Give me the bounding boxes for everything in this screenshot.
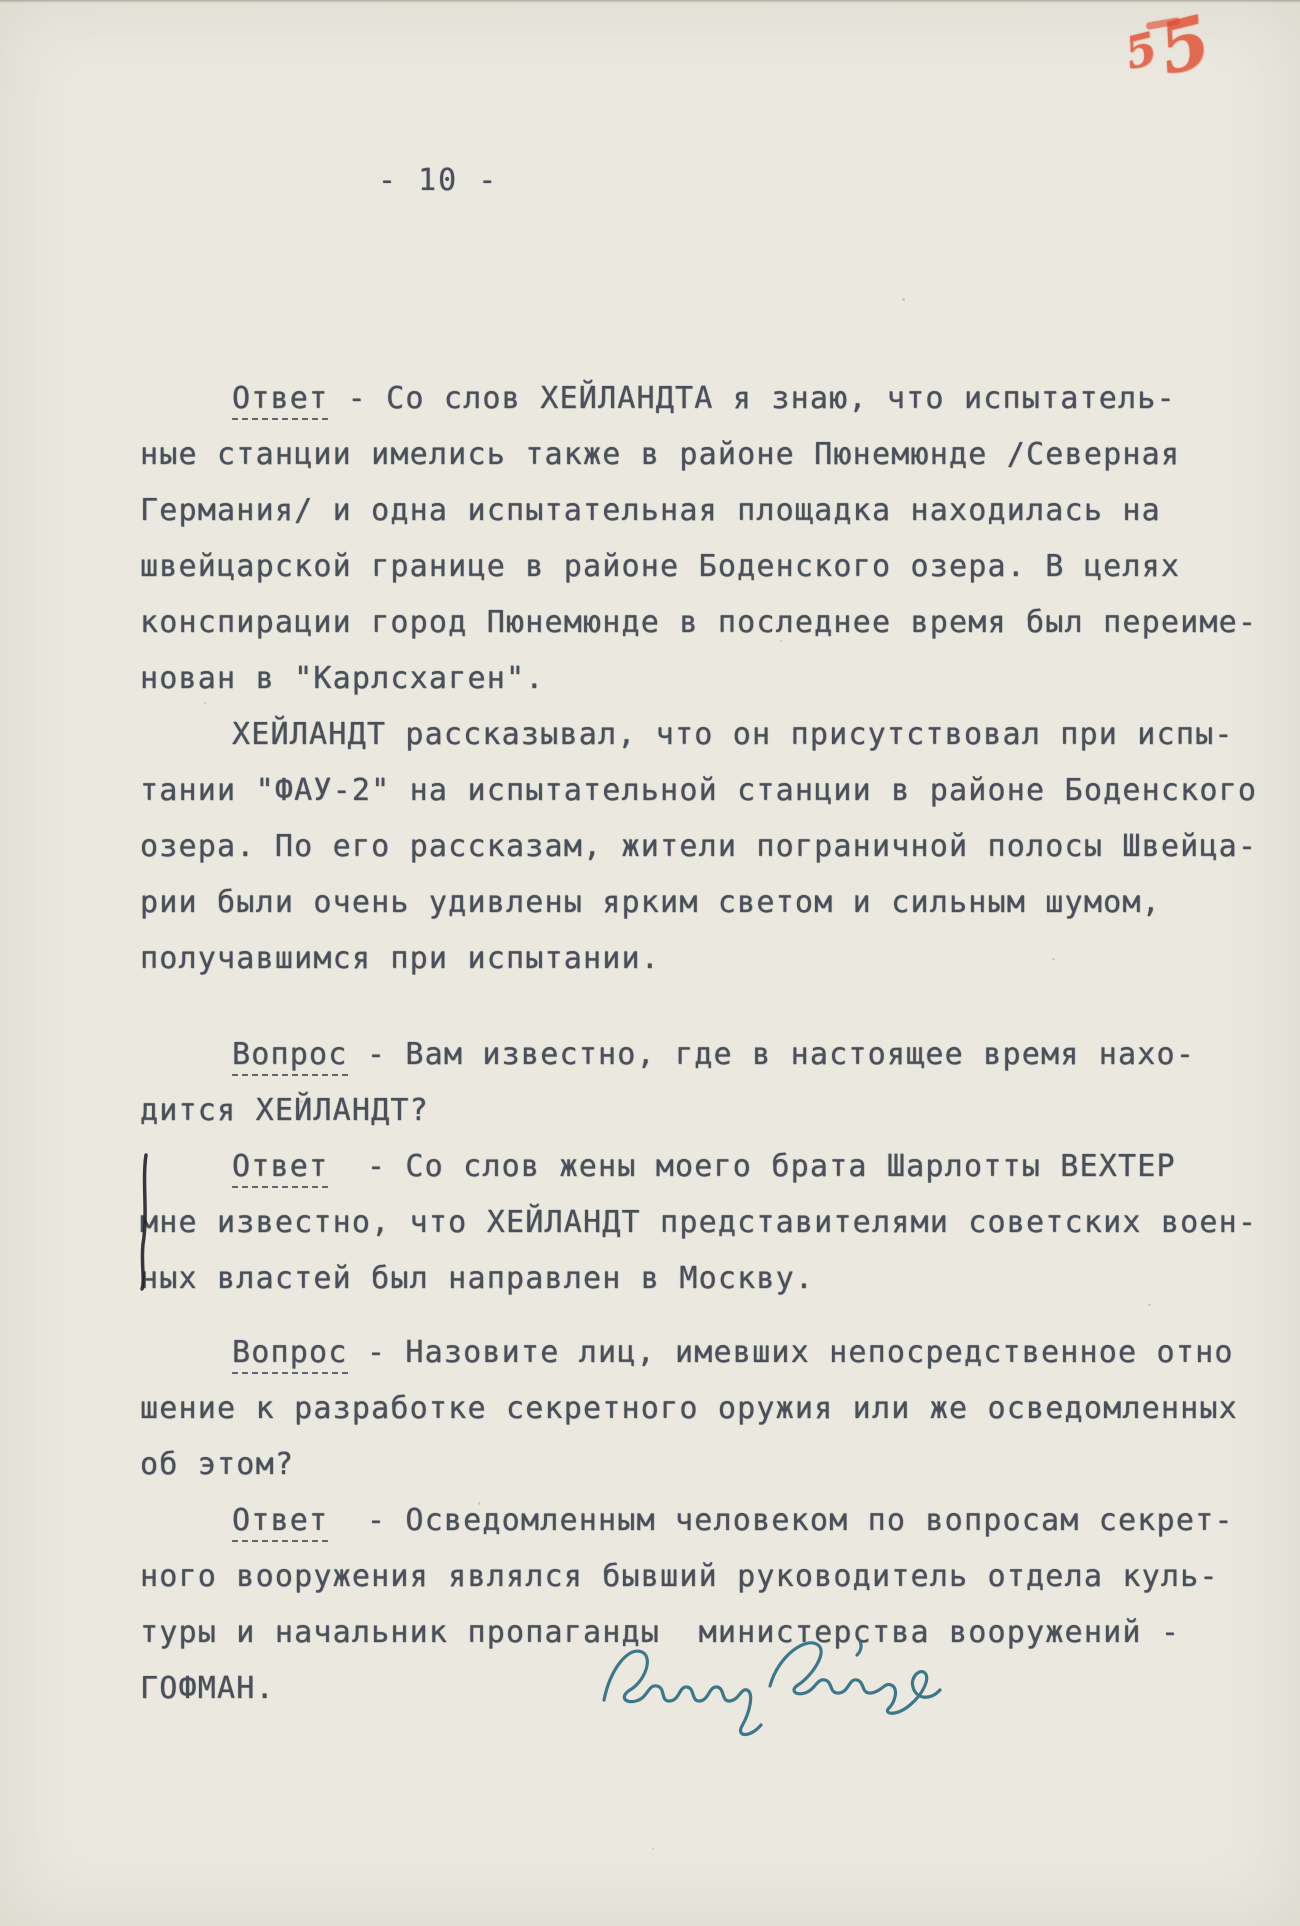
typewritten-line: Германия/ и одна испытательная площадка …	[140, 483, 1295, 539]
scanned-document-page: 55 - 10 - Ответ - Со слов ХЕЙЛАНДТА я зн…	[0, 0, 1300, 1926]
typewritten-line: Вопрос - Назовите лиц, имевших непосредс…	[140, 1325, 1295, 1381]
typewritten-line: дится ХЕЙЛАНДТ?	[140, 1083, 1295, 1139]
paragraph-question: Вопрос - Назовите лиц, имевших непосредс…	[140, 1325, 1295, 1493]
typewritten-line: шение к разработке секретного оружия или…	[140, 1381, 1295, 1437]
typewritten-line: озера. По его рассказам, жители погранич…	[140, 819, 1295, 875]
typewritten-line: ных властей был направлен в Москву.	[140, 1251, 1295, 1307]
lead-word: Ответ	[232, 381, 328, 420]
margin-pen-mark	[136, 1152, 152, 1292]
typewritten-line: Ответ - Со слов ХЕЙЛАНДТА я знаю, что ис…	[140, 371, 1295, 427]
typewritten-line: тании "ФАУ-2" на испытательной станции в…	[140, 763, 1295, 819]
paper-speckle	[902, 298, 905, 301]
typewritten-line: Ответ - Со слов жены моего брата Шарлотт…	[140, 1139, 1295, 1195]
typewritten-line: нован в "Карлсхаген".	[140, 651, 1295, 707]
lead-word: Вопрос	[232, 1335, 348, 1374]
typewritten-line: получавшимся при испытании.	[140, 931, 1295, 987]
paragraph-answer: Ответ - Со слов жены моего брата Шарлотт…	[140, 1139, 1295, 1307]
paragraph-question: Вопрос - Вам известно, где в настоящее в…	[140, 1027, 1295, 1139]
typewritten-line: мне известно, что ХЕЙЛАНДТ представителя…	[140, 1195, 1295, 1251]
typewritten-line: Ответ - Осведомленным человеком по вопро…	[140, 1493, 1295, 1549]
typewritten-line: ные станции имелись также в районе Пюнем…	[140, 427, 1295, 483]
typewritten-line: об этом?	[140, 1437, 1295, 1493]
page-number-label: - 10 -	[378, 163, 498, 198]
signature	[598, 1632, 943, 1747]
typewritten-line: ХЕЙЛАНДТ рассказывал, что он присутствов…	[140, 707, 1295, 763]
lead-word: Ответ	[232, 1149, 328, 1188]
paper-speckle	[652, 1848, 654, 1850]
paragraph-narrative: ХЕЙЛАНДТ рассказывал, что он присутствов…	[140, 707, 1295, 987]
typewritten-line: рии были очень удивлены ярким светом и с…	[140, 875, 1295, 931]
typewritten-line: ного вооружения являлся бывший руководит…	[140, 1549, 1295, 1605]
typewritten-body: Ответ - Со слов ХЕЙЛАНДТА я знаю, что ис…	[140, 371, 1295, 1717]
lead-word: Вопрос	[232, 1037, 348, 1076]
handwritten-corner-number: 55	[1119, 4, 1221, 93]
typewritten-line: конспирации город Пюнемюнде в последнее …	[140, 595, 1295, 651]
paragraph-answer: Ответ - Со слов ХЕЙЛАНДТА я знаю, что ис…	[140, 371, 1295, 707]
typewritten-line: Вопрос - Вам известно, где в настоящее в…	[140, 1027, 1295, 1083]
typewritten-line: швейцарской границе в районе Боденского …	[140, 539, 1295, 595]
lead-word: Ответ	[232, 1503, 328, 1542]
